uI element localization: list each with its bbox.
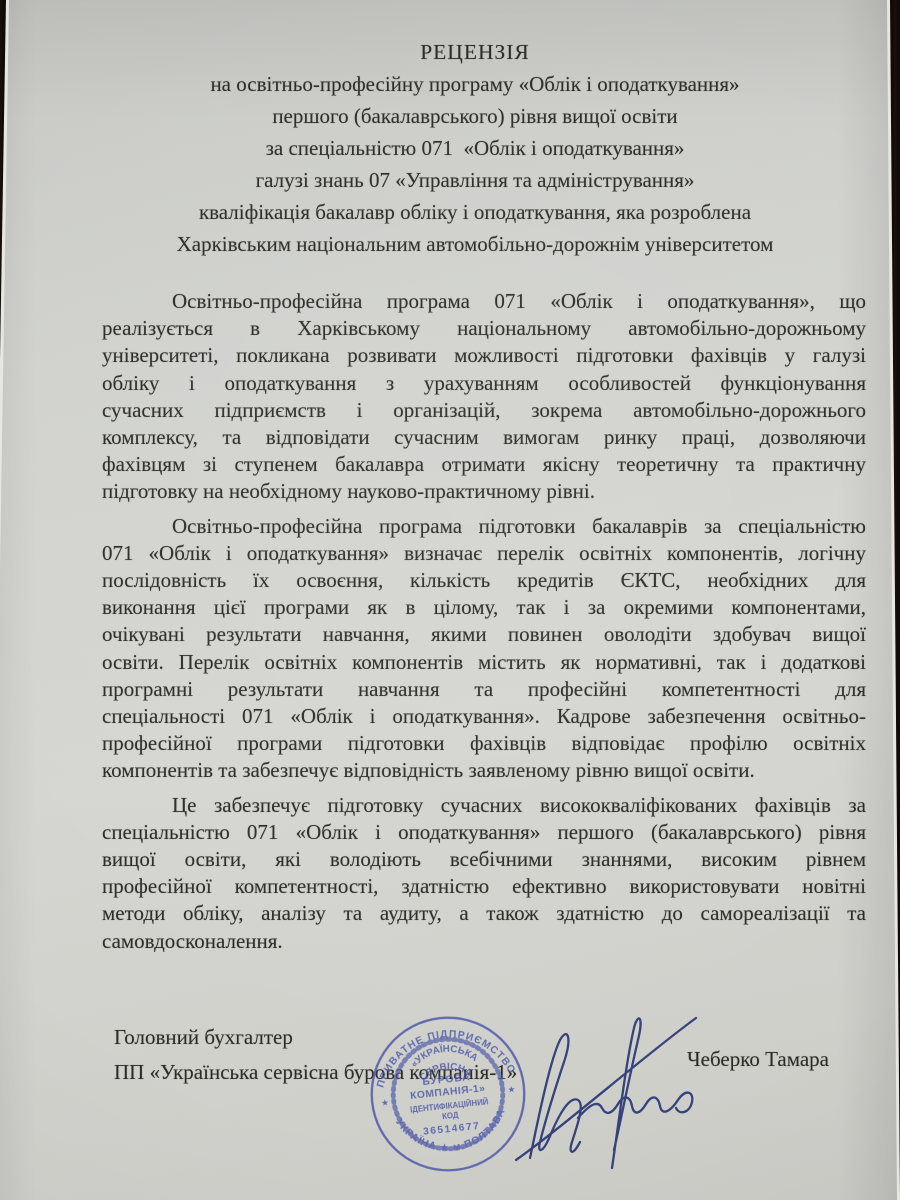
body-text-line: самовдосконалення. [102, 928, 866, 955]
body-text-line: послідовність їх освоєння, кількість кре… [102, 567, 866, 594]
document-page: РЕЦЕНЗІЯна освітньо-професійну програму … [0, 0, 900, 1200]
body-text-line: університеті, покликана розвивати можлив… [102, 342, 866, 369]
body-text-line: Освітньо-професійна програма підготовки … [102, 513, 866, 540]
body-text-line: Це забезпечує підготовку сучасних високо… [102, 792, 866, 819]
body-text-line: методи обліку, аналізу та аудиту, а тако… [102, 900, 866, 927]
header-line: кваліфікація бакалавр обліку і оподаткув… [80, 196, 870, 228]
body-text-line: програмні результати навчання та професі… [102, 676, 866, 703]
body-text-line: реалізується в Харківському національном… [102, 315, 866, 342]
header-line: за спеціальністю 071 «Облік і оподаткува… [80, 132, 870, 164]
document-title: РЕЦЕНЗІЯ [80, 36, 870, 68]
body-text-line: спеціальності 071 «Облік і оподаткування… [102, 703, 866, 730]
body-text-line: спеціальністю 071 «Облік і оподаткування… [102, 819, 866, 846]
document-body: Освітньо-професійна програма 071 «Облік … [102, 288, 866, 962]
body-text-line: виконання цієї програми як в цілому, так… [102, 594, 866, 621]
body-text-line: Освітньо-професійна програма 071 «Облік … [102, 288, 866, 315]
body-text-line: 071 «Облік і оподаткування» визначає пер… [102, 540, 866, 567]
signature-stroke-middle [612, 1018, 641, 1168]
signature-stroke-tail [578, 1093, 692, 1118]
body-text-line: фахівцям зі ступенем бакалавра отримати … [102, 451, 866, 478]
body-text-line: комплексу, та відповідати сучасним вимог… [102, 424, 866, 451]
signature-flourish [516, 1018, 696, 1160]
stamp-star-left: ★ [381, 1097, 390, 1108]
header-line: галузі знань 07 «Управління та адміністр… [80, 164, 870, 196]
signature-stroke-left [530, 1034, 581, 1158]
body-text-line: обліку і оподаткування з урахуванням осо… [102, 370, 866, 397]
header-line: на освітньо-професійну програму «Облік і… [80, 68, 870, 100]
document-header: РЕЦЕНЗІЯна освітньо-професійну програму … [80, 36, 870, 260]
stamp-id-code: 36514677 [423, 1121, 481, 1138]
body-text-line: очікувані результати навчання, якими пов… [102, 621, 866, 648]
body-text-line: професійної компетентності, здатністю еф… [102, 873, 866, 900]
paragraph: Освітньо-професійна програма 071 «Облік … [102, 288, 866, 506]
body-text-line: компонентів та забезпечує відповідність … [102, 757, 866, 784]
body-text-line: вищої освіти, які володіють всебічними з… [102, 846, 866, 873]
paragraph: Освітньо-професійна програма підготовки … [102, 513, 866, 785]
body-text-line: підготовку на необхідному науково-практи… [102, 478, 866, 505]
stamp-kod-label: КОД [442, 1110, 460, 1121]
header-line: Харківським національним автомобільно-до… [80, 228, 870, 260]
handwritten-signature [494, 1000, 710, 1180]
body-text-line: освіти. Перелік освітніх компонентів міс… [102, 649, 866, 676]
paragraph: Це забезпечує підготовку сучасних високо… [102, 792, 866, 955]
body-text-line: сучасних підприємств і організацій, зокр… [102, 397, 866, 424]
header-line: першого (бакалаврського) рівня вищої осв… [80, 100, 870, 132]
body-text-line: професійної програми підготовки фахівців… [102, 730, 866, 757]
